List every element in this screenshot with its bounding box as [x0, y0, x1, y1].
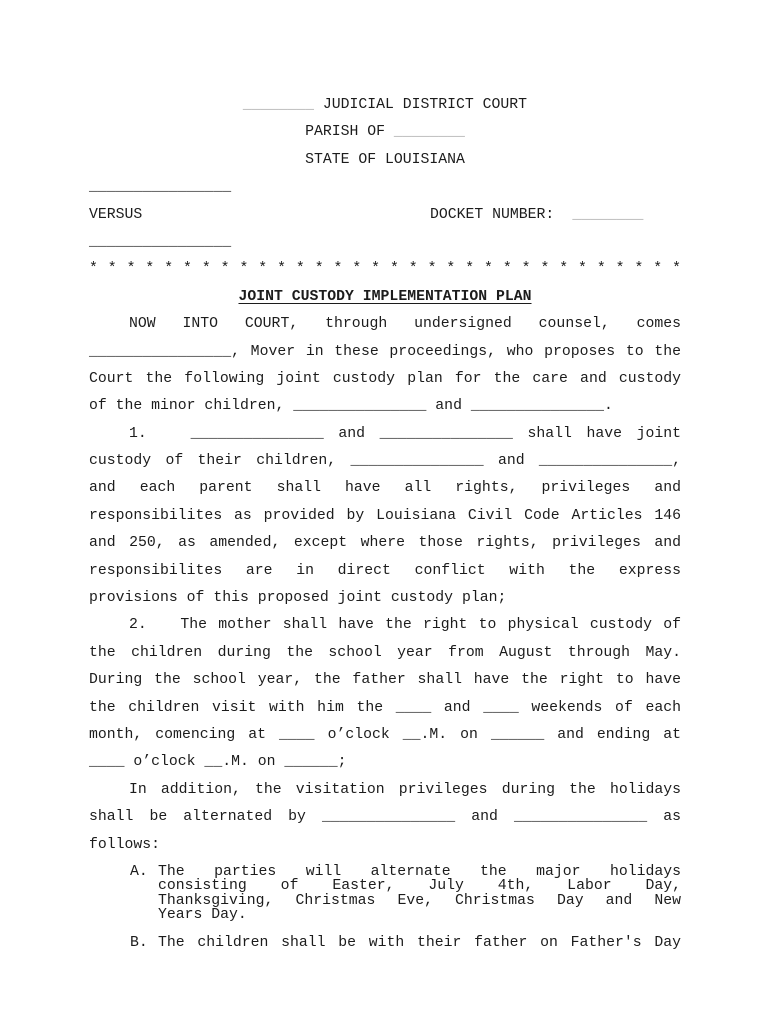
body-line: ________________, Mover in these proceed…: [89, 339, 681, 366]
party2-line: ________________: [89, 229, 681, 256]
body-line: and each parent shall have all rights, p…: [89, 475, 681, 502]
party2-name-blank: ________________: [89, 234, 231, 250]
paragraph-intro: NOW INTO COURT, through undersigned coun…: [89, 311, 681, 421]
body-line: and 250, as amended, except where those …: [89, 530, 681, 557]
document-page: ________ JUDICIAL DISTRICT COURT PARISH …: [0, 0, 770, 1024]
body-line: follows:: [89, 832, 681, 859]
body-line: responsibilites as provided by Louisiana…: [89, 503, 681, 530]
versus-row: VERSUSDOCKET NUMBER:________: [89, 202, 681, 229]
paragraph-1-joint-custody: 1. _______________ and _______________ s…: [89, 421, 681, 613]
body-line: of the minor children, _______________ a…: [89, 393, 681, 420]
body-line: Thanksgiving, Christmas Eve, Christmas D…: [158, 894, 681, 909]
parish-blank: ________: [394, 124, 465, 140]
list-marker: B.: [130, 936, 148, 951]
document-body: NOW INTO COURT, through undersigned coun…: [89, 311, 681, 950]
body-line: Years Day.: [158, 908, 681, 923]
body-line: Court the following joint custody plan f…: [89, 366, 681, 393]
body-line: NOW INTO COURT, through undersigned coun…: [89, 311, 681, 338]
docket-number-blank: ________: [572, 207, 643, 223]
body-line: provisions of this proposed joint custod…: [89, 585, 681, 612]
paragraph-holiday-visitation: In addition, the visitation privileges d…: [89, 777, 681, 859]
document-title: JOINT CUSTODY IMPLEMENTATION PLAN: [89, 284, 681, 311]
body-line: The children shall be with their father …: [158, 936, 681, 951]
court-name-blank: ________: [243, 97, 314, 113]
body-line: During the school year, the father shall…: [89, 667, 681, 694]
parish-line: PARISH OF ________: [89, 119, 681, 146]
court-header-label: JUDICIAL DISTRICT COURT: [314, 97, 527, 113]
state-line: STATE OF LOUISIANA: [89, 147, 681, 174]
document-title-text: JOINT CUSTODY IMPLEMENTATION PLAN: [238, 289, 531, 305]
docket-number-label: DOCKET NUMBER:: [430, 207, 554, 223]
body-line: In addition, the visitation privileges d…: [89, 777, 681, 804]
asterisk-separator: * * * * * * * * * * * * * * * * * * * * …: [89, 256, 681, 283]
body-line: 1. _______________ and _______________ s…: [89, 421, 681, 448]
party1-name-blank: ________________: [89, 179, 231, 195]
body-line: custody of their children, _____________…: [89, 448, 681, 475]
body-line: The parties will alternate the major hol…: [158, 865, 681, 880]
document-content: ________ JUDICIAL DISTRICT COURT PARISH …: [89, 92, 681, 950]
body-line: the children during the school year from…: [89, 640, 681, 667]
body-line: month, comencing at ____ o’clock __.M. o…: [89, 722, 681, 749]
list-marker: A.: [130, 865, 148, 880]
court-header-line: ________ JUDICIAL DISTRICT COURT: [89, 92, 681, 119]
parish-label: PARISH OF: [305, 124, 394, 140]
party1-line: ________________: [89, 174, 681, 201]
body-line: consisting of Easter, July 4th, Labor Da…: [158, 879, 681, 894]
docket-number-group: DOCKET NUMBER:________: [430, 202, 643, 229]
body-line: 2. The mother shall have the right to ph…: [89, 612, 681, 639]
body-line: shall be alternated by _______________ a…: [89, 804, 681, 831]
list-item-b-fathers-day: B.The children shall be with their fathe…: [89, 936, 681, 951]
versus-label: VERSUS: [89, 207, 142, 223]
list-item-a-major-holidays: A.The parties will alternate the major h…: [89, 865, 681, 923]
body-line: responsibilites are in direct conflict w…: [89, 558, 681, 585]
body-line: the children visit with him the ____ and…: [89, 695, 681, 722]
paragraph-2-physical-custody: 2. The mother shall have the right to ph…: [89, 612, 681, 776]
body-line: ____ o’clock __.M. on ______;: [89, 749, 681, 776]
